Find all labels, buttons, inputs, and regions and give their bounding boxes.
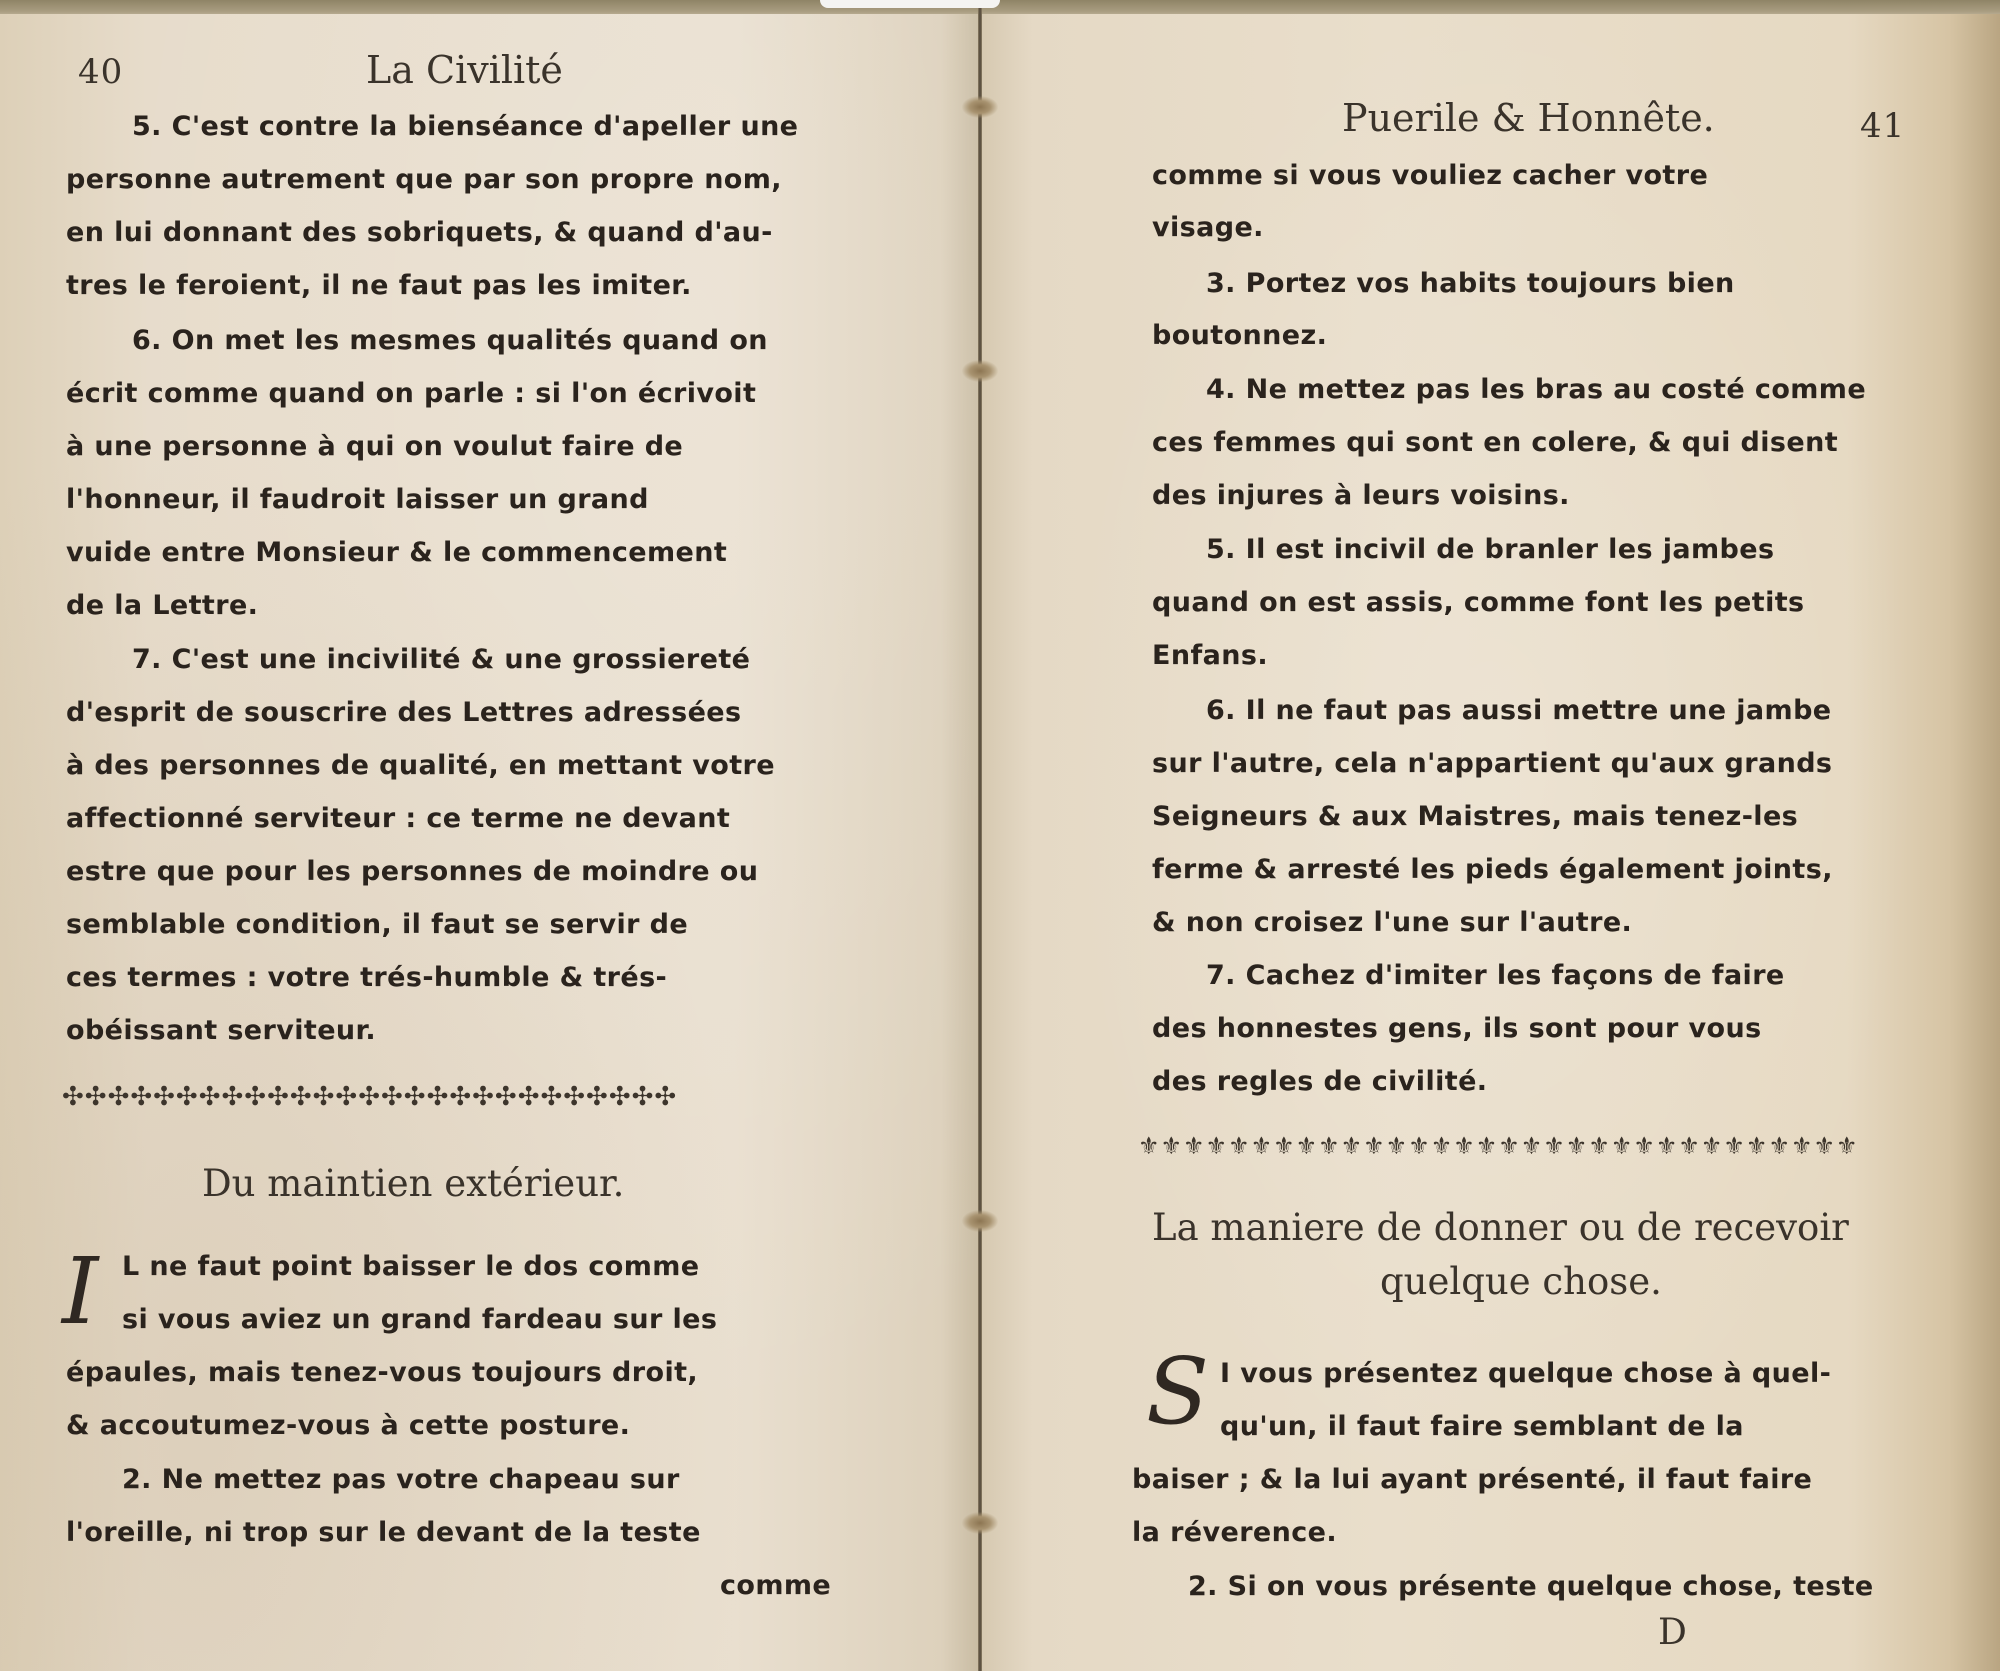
binding-stitch [962,1210,998,1232]
text-line: écrit comme quand on parle : si l'on écr… [66,378,756,409]
text-line: en lui donnant des sobriquets, & quand d… [66,217,773,248]
left-page: 40 La Civilité 5. C'est contre la biensé… [0,14,980,1671]
text-line: comme si vous vouliez cacher votre [1152,160,1708,191]
text-line: 5. Il est incivil de branler les jambes [1206,534,1774,565]
text-line: d'esprit de souscrire des Lettres adress… [66,697,741,728]
running-head-right: Puerile & Honnête. [1342,96,1715,140]
text-line: boutonnez. [1152,320,1327,351]
text-line: des honnestes gens, ils sont pour vous [1152,1013,1762,1044]
text-line: quand on est assis, comme font les petit… [1152,587,1805,618]
right-page: Puerile & Honnête. 41 comme si vous voul… [982,14,2000,1671]
text-line: affectionné serviteur : ce terme ne deva… [66,803,730,834]
text-line: ces femmes qui sont en colere, & qui dis… [1152,427,1838,458]
text-line: baiser ; & la lui ayant présenté, il fau… [1132,1464,1812,1495]
book-spine-gutter [978,0,982,1671]
section-heading-left: Du maintien extérieur. [202,1162,624,1205]
text-line: L ne faut point baisser le dos comme [122,1251,700,1282]
text-line: 6. On met les mesmes qualités quand on [132,325,768,356]
binding-stitch [962,360,998,382]
binding-stitch [962,1512,998,1534]
signature-mark: D [1658,1612,1687,1653]
text-line: 2. Si on vous présente quelque chose, te… [1188,1571,1874,1602]
text-line: Seigneurs & aux Maistres, mais tenez-les [1152,801,1798,832]
section-heading-right-line2: quelque chose. [1380,1260,1662,1303]
text-line: & non croisez l'une sur l'autre. [1152,907,1632,938]
text-line: visage. [1152,212,1264,243]
text-line: 2. Ne mettez pas votre chapeau sur [122,1464,680,1495]
text-line: si vous aviez un grand fardeau sur les [122,1304,717,1335]
text-line: 6. Il ne faut pas aussi mettre une jambe [1206,695,1832,726]
open-book-spread: 40 La Civilité 5. C'est contre la biensé… [0,0,2000,1671]
drop-cap-s: S [1146,1346,1209,1438]
text-line: ces termes : votre trés-humble & trés- [66,962,667,993]
star-ornament-rule: ✣✣✣✣✣✣✣✣✣✣✣✣✣✣✣✣✣✣✣✣✣✣✣✣✣✣✣ [62,1082,677,1112]
text-line: épaules, mais tenez-vous toujours droit, [66,1357,698,1388]
text-line: ferme & arresté les pieds également join… [1152,854,1833,885]
text-line: semblable condition, il faut se servir d… [66,909,688,940]
text-line: de la Lettre. [66,590,258,621]
text-line: personne autrement que par son propre no… [66,164,782,195]
fleur-de-lis-ornament-rule: ⚜⚜⚜⚜⚜⚜⚜⚜⚜⚜⚜⚜⚜⚜⚜⚜⚜⚜⚜⚜⚜⚜⚜⚜⚜⚜⚜⚜⚜⚜⚜⚜ [1138,1132,1859,1160]
drop-cap-i: I [62,1246,98,1338]
running-head-left: La Civilité [366,48,563,92]
text-line: & accoutumez-vous à cette posture. [66,1410,630,1441]
catchword: comme [720,1570,831,1601]
text-line: à une personne à qui on voulut faire de [66,431,683,462]
text-line: 3. Portez vos habits toujours bien [1206,268,1735,299]
text-line: à des personnes de qualité, en mettant v… [66,750,775,781]
text-line: 7. C'est une incivilité & une grossieret… [132,644,750,675]
text-line: 7. Cachez d'imiter les façons de faire [1206,960,1785,991]
text-line: estre que pour les personnes de moindre … [66,856,758,887]
page-number-left: 40 [78,52,123,92]
text-line: vuide entre Monsieur & le commencement [66,537,727,568]
text-line: obéissant serviteur. [66,1015,376,1046]
text-line: des injures à leurs voisins. [1152,480,1570,511]
page-number-right: 41 [1860,106,1905,146]
text-line: l'honneur, il faudroit laisser un grand [66,484,649,515]
section-heading-right-line1: La maniere de donner ou de recevoir [1152,1206,1849,1249]
text-line: Enfans. [1152,640,1268,671]
background-gap [820,0,1000,8]
text-line: qu'un, il faut faire semblant de la [1220,1411,1744,1442]
binding-stitch [962,96,998,118]
text-line: l'oreille, ni trop sur le devant de la t… [66,1517,701,1548]
text-line: des regles de civilité. [1152,1066,1487,1097]
text-line: 5. C'est contre la bienséance d'apeller … [132,111,798,142]
text-line: sur l'autre, cela n'appartient qu'aux gr… [1152,748,1832,779]
text-line: 4. Ne mettez pas les bras au costé comme [1206,374,1866,405]
text-line: la réverence. [1132,1517,1337,1548]
text-line: tres le feroient, il ne faut pas les imi… [66,270,692,301]
text-line: I vous présentez quelque chose à quel- [1220,1358,1831,1389]
